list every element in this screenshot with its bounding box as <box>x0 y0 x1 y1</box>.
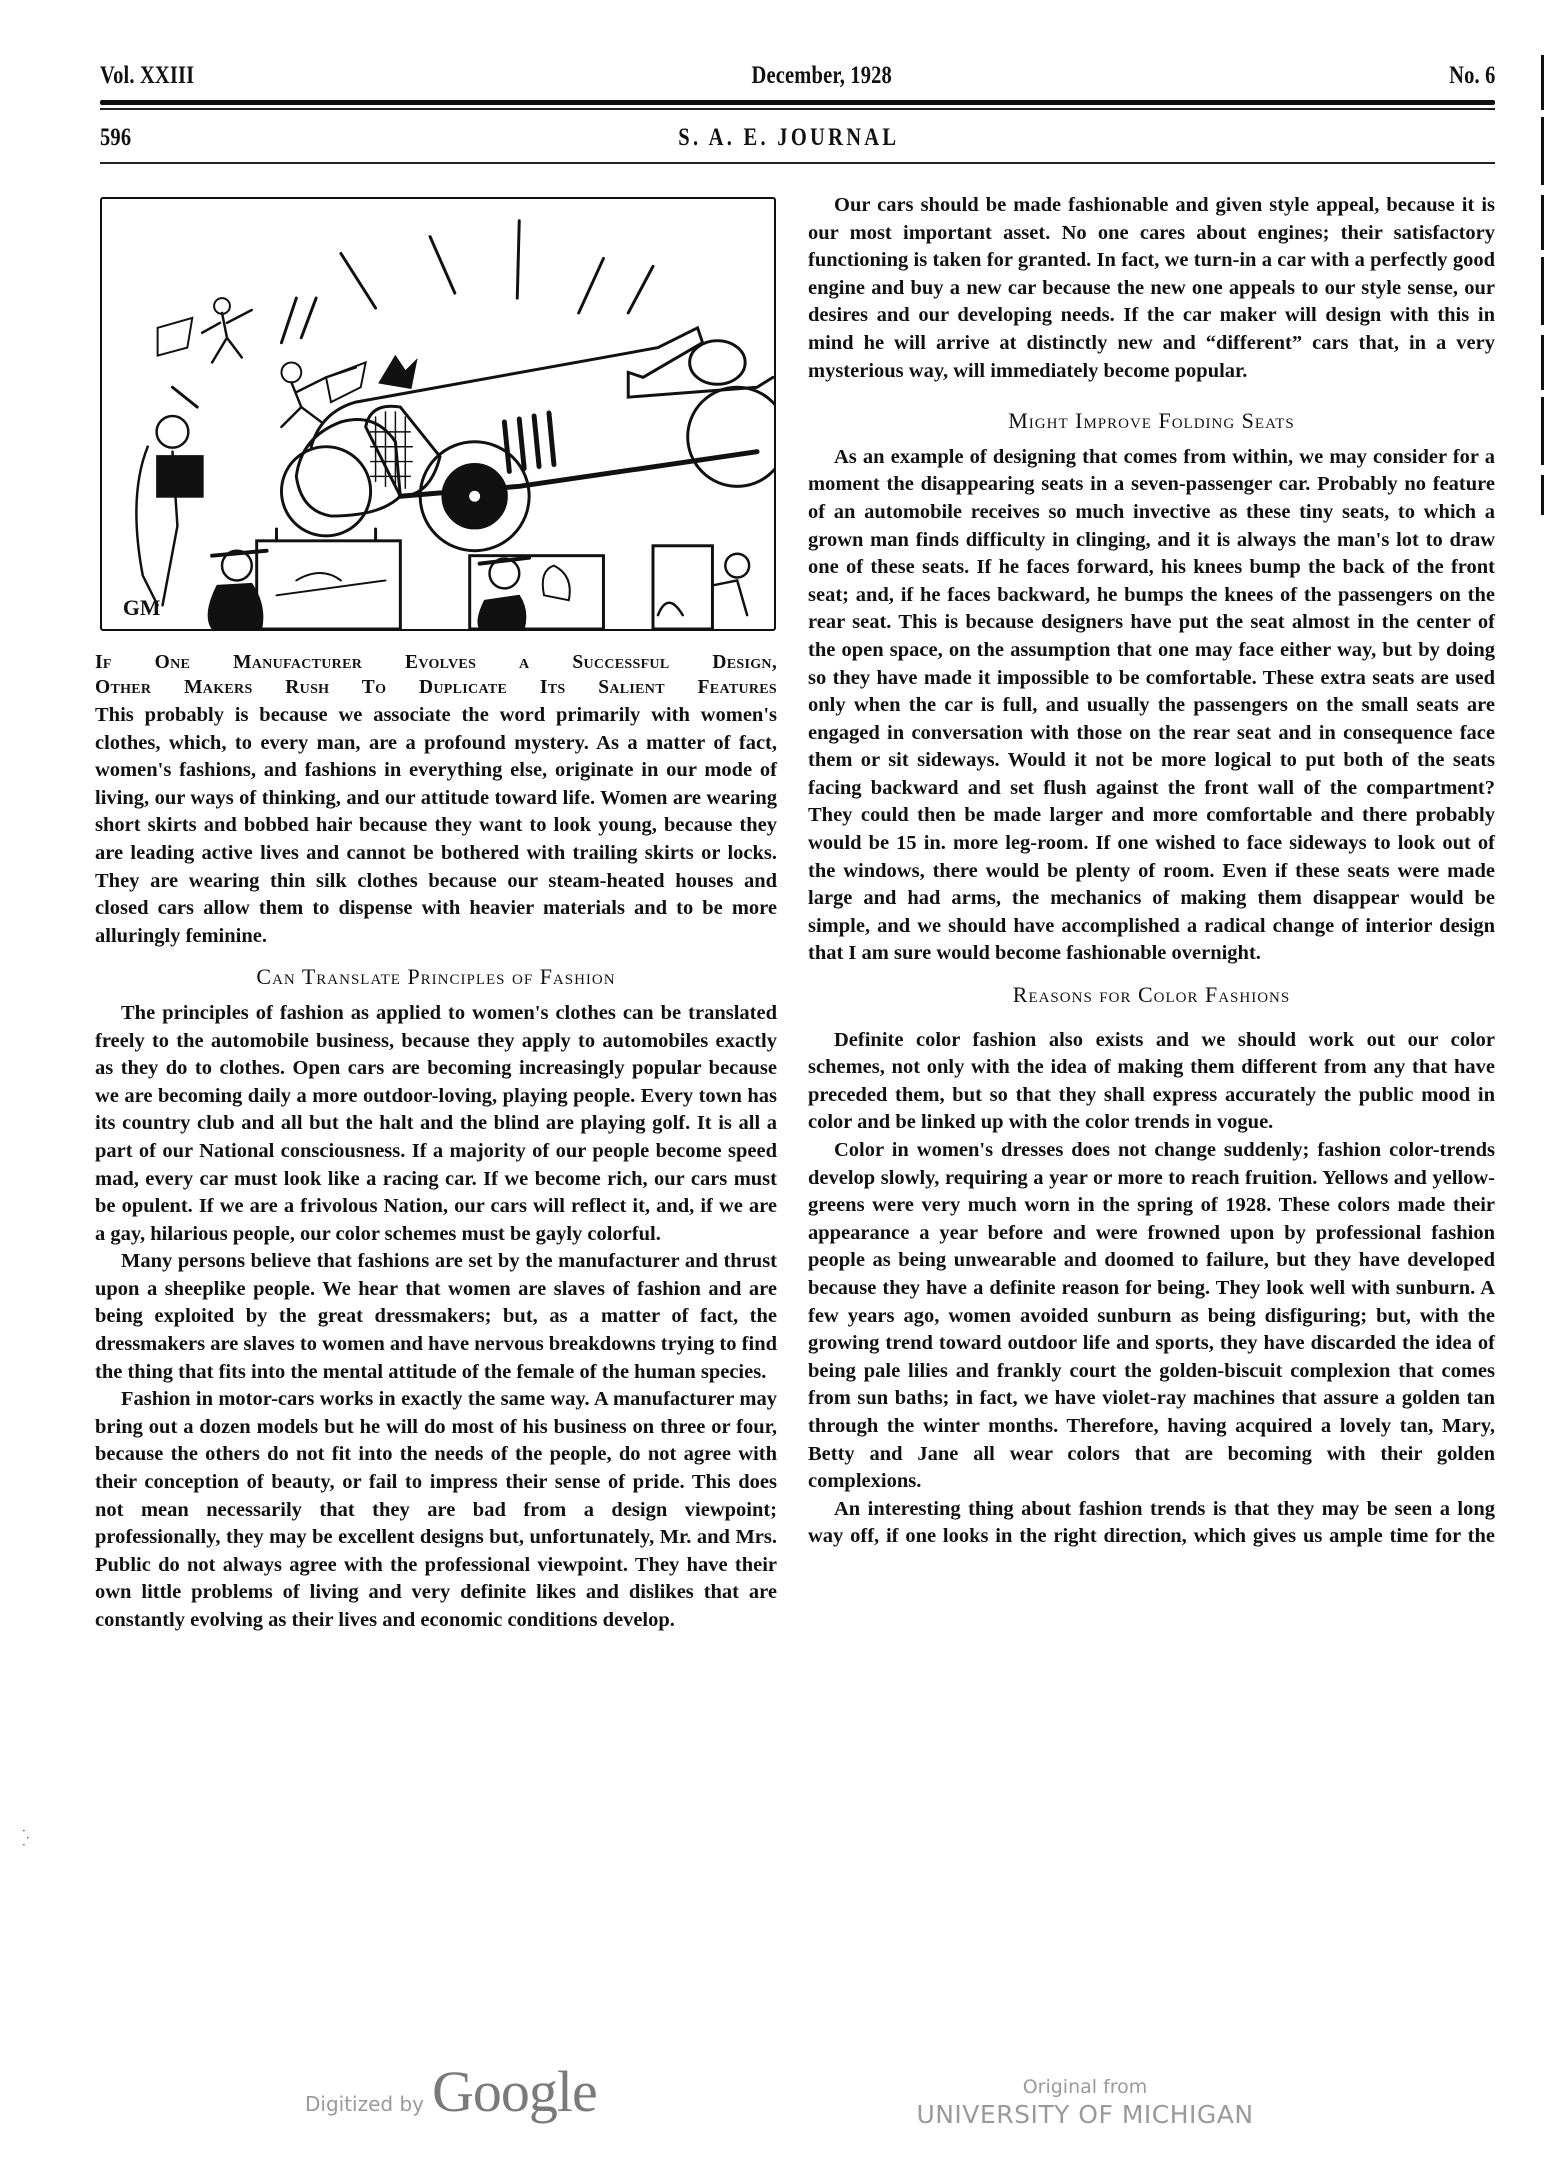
page-number: 596 <box>100 124 131 152</box>
paragraph: The principles of fashion as applied to … <box>95 1000 777 1248</box>
caption-line-1: If One Manufacturer Evolves a Successful… <box>95 650 777 675</box>
masthead-bottom-rule <box>100 162 1495 164</box>
subheading-translate-principles: Can Translate Principles of Fashion <box>95 963 777 991</box>
google-logo-icon: Google <box>432 2058 597 2125</box>
issue-number: No. 6 <box>1449 62 1495 90</box>
masthead-thin-rule <box>100 108 1495 110</box>
masthead-row-1: Vol. XXIII December, 1928 No. 6 <box>100 62 1496 90</box>
racing-car-cartoon-icon: GM <box>102 199 774 629</box>
paragraph: This probably is because we associate th… <box>95 702 777 950</box>
volume-label: Vol. XXIII <box>100 62 194 90</box>
university-label: UNIVERSITY OF MICHIGAN <box>880 2099 1290 2131</box>
original-from-watermark: Original from UNIVERSITY OF MICHIGAN <box>880 2075 1290 2131</box>
cartoon-illustration: GM <box>100 197 776 631</box>
paragraph: An interesting thing about fashion trend… <box>808 1496 1495 1551</box>
subheading-folding-seats: Might Improve Folding Seats <box>808 407 1495 435</box>
digitized-by-google-watermark: Digitized by Google <box>305 2058 597 2125</box>
masthead-thick-rule <box>100 100 1495 105</box>
svg-text:GM: GM <box>123 596 161 620</box>
digitized-by-label: Digitized by <box>305 2092 424 2116</box>
caption-line-2: Other Makers Rush To Duplicate Its Salie… <box>95 675 777 700</box>
right-column: Our cars should be made fashionable and … <box>808 192 1495 1551</box>
scan-margin-edge <box>1541 55 1544 515</box>
scan-specks: · ·· <box>22 1828 30 1849</box>
paragraph: Our cars should be made fashionable and … <box>808 192 1495 385</box>
subheading-color-fashions: Reasons for Color Fashions <box>808 981 1495 1009</box>
masthead-row-2: 596 S. A. E. JOURNAL <box>100 124 1496 152</box>
paragraph: Color in women's dresses does not change… <box>808 1137 1495 1496</box>
left-column: This probably is because we associate th… <box>95 702 777 1635</box>
paragraph: Many persons believe that fashions are s… <box>95 1248 777 1386</box>
figure-caption: If One Manufacturer Evolves a Successful… <box>95 650 777 700</box>
issue-date: December, 1928 <box>752 62 892 90</box>
journal-title: S. A. E. JOURNAL <box>678 124 899 152</box>
masthead: Vol. XXIII December, 1928 No. 6 596 S. A… <box>100 62 1495 164</box>
paragraph: As an example of designing that comes fr… <box>808 444 1495 968</box>
original-from-label: Original from <box>880 2075 1290 2099</box>
paragraph: Definite color fashion also exists and w… <box>808 1027 1495 1137</box>
paragraph: Fashion in motor-cars works in exactly t… <box>95 1386 777 1634</box>
